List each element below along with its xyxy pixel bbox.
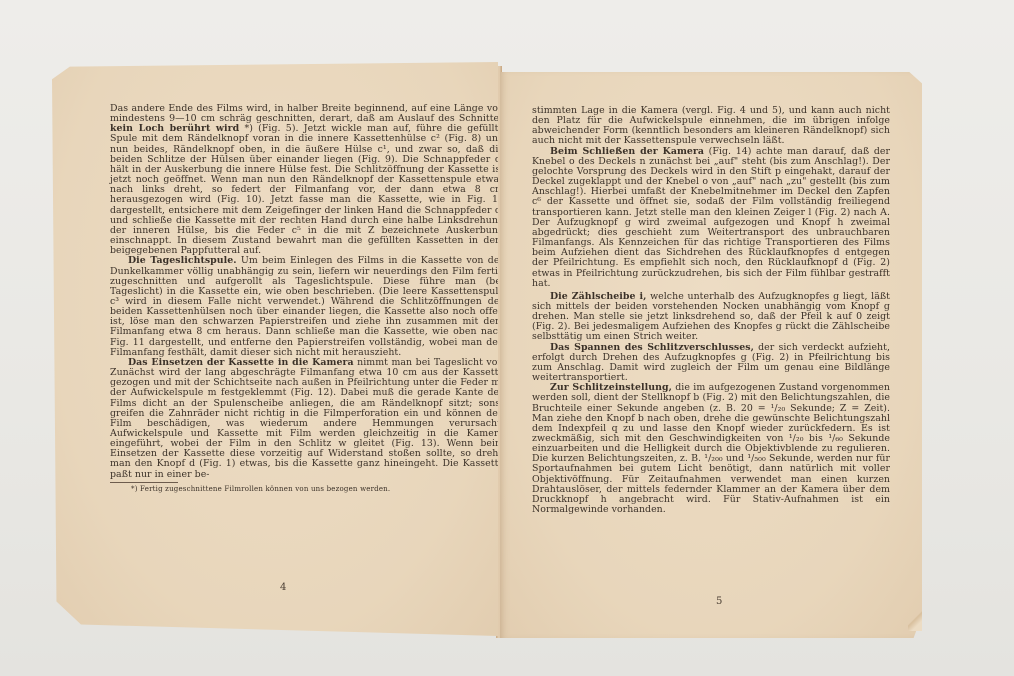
footnote-rule xyxy=(110,482,178,483)
paragraph: Die Tageslichtspule. Um beim Einlegen de… xyxy=(110,256,504,358)
footnote: *) Fertig zugeschnittene Filmrollen könn… xyxy=(110,485,504,494)
page-number: 4 xyxy=(280,582,286,593)
paragraph-text: *) (Fig. 5). Jetzt wickle man auf, führe… xyxy=(110,123,504,256)
paragraph-text: (Fig. 14) achte man darauf, daß der Kneb… xyxy=(532,146,890,289)
paragraph: Beim Schließen der Kamera (Fig. 14) acht… xyxy=(532,147,890,289)
paragraph: Die Zählscheibe i, welche unterhalb des … xyxy=(532,292,890,343)
dog-ear-corner xyxy=(908,611,922,631)
right-page-body: stimmten Lage in die Kamera (vergl. Fig.… xyxy=(532,106,890,515)
paragraph-text: nimmt man bei Tageslicht vor. Zunächst w… xyxy=(110,357,504,480)
paragraph-text: stimmten Lage in die Kamera (vergl. Fig.… xyxy=(532,105,890,146)
right-page: stimmten Lage in die Kamera (vergl. Fig.… xyxy=(500,72,922,638)
paragraph: Das Spannen des Schlitzverschlusses, der… xyxy=(532,343,890,384)
paragraph: Das andere Ende des Films wird, in halbe… xyxy=(110,104,504,256)
left-page: Das andere Ende des Films wird, in halbe… xyxy=(52,62,498,636)
left-page-body: Das andere Ende des Films wird, in halbe… xyxy=(110,104,504,494)
paragraph: Das Einsetzen der Kassette in die Kamera… xyxy=(110,358,504,480)
page-number: 5 xyxy=(716,596,722,607)
paragraph-text: die im aufgezogenen Zustand vorgenommen … xyxy=(532,382,890,515)
paragraph: Zur Schlitzeinstellung, die im aufgezoge… xyxy=(532,383,890,515)
paragraph-text: Um beim Einlegen des Films in die Kasset… xyxy=(110,255,504,357)
paragraph-text: Das andere Ende des Films wird, in halbe… xyxy=(110,103,504,124)
paragraph: stimmten Lage in die Kamera (vergl. Fig.… xyxy=(532,106,890,147)
